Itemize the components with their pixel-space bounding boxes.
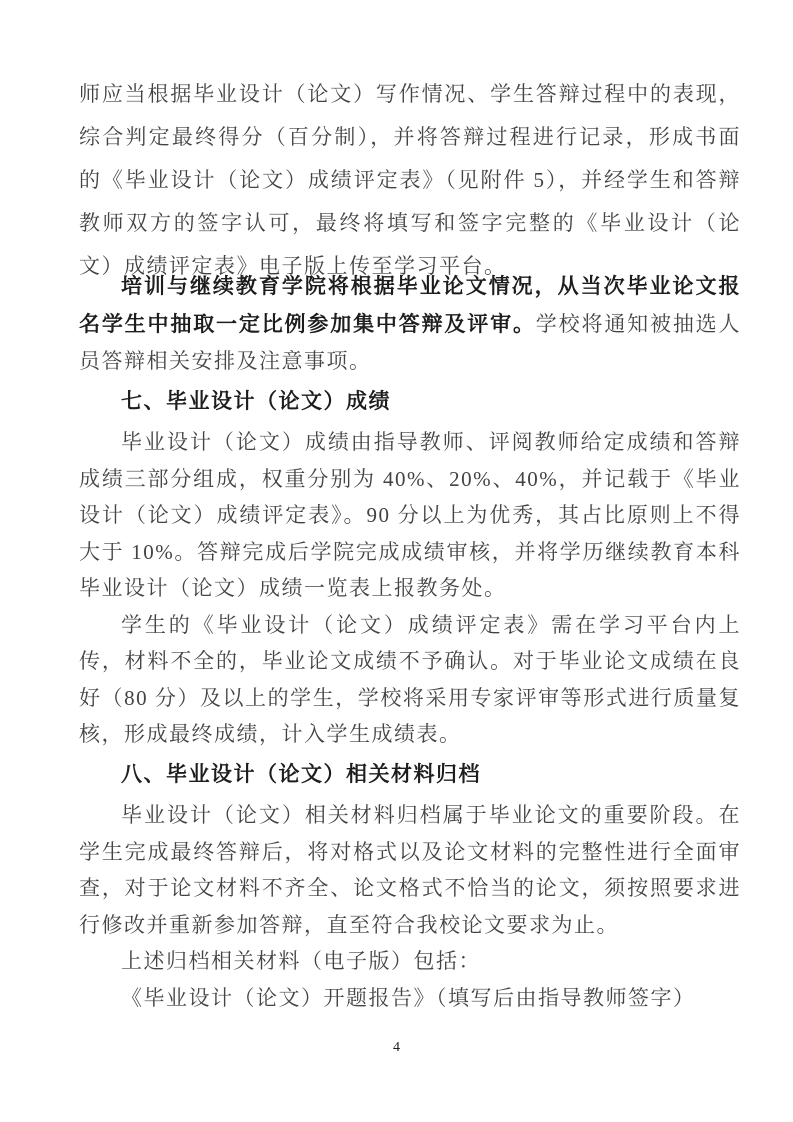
paragraph-archive-item-proposal-report: 《毕业设计（论文）开题报告》（填写后由指导教师签字） [79, 980, 741, 1017]
paragraph-archiving-requirements: 毕业设计（论文）相关材料归档属于毕业论文的重要阶段。在学生完成最终答辩后，将对格… [79, 797, 741, 943]
section-heading-7-thesis-grade: 七、毕业设计（论文）成绩 [79, 384, 741, 421]
paragraph-grade-upload-review: 学生的《毕业设计（论文）成绩评定表》需在学习平台内上传，材料不全的，毕业论文成绩… [79, 607, 741, 753]
document-page: 师应当根据毕业设计（论文）写作情况、学生答辩过程中的表现，综合判定最终得分（百分… [0, 0, 793, 1122]
section-heading-8-material-archiving: 八、毕业设计（论文）相关材料归档 [79, 757, 741, 794]
paragraph-grading-procedure: 师应当根据毕业设计（论文）写作情况、学生答辩过程中的表现，综合判定最终得分（百分… [79, 73, 741, 288]
paragraph-sampling-review: 培训与继续教育学院将根据毕业论文情况，从当次毕业论文报名学生中抽取一定比例参加集… [79, 268, 741, 380]
page-content: 师应当根据毕业设计（论文）写作情况、学生答辩过程中的表现，综合判定最终得分（百分… [79, 73, 741, 1016]
page-number: 4 [0, 1040, 793, 1056]
paragraph-grade-composition: 毕业设计（论文）成绩由指导教师、评阅教师给定成绩和答辩成绩三部分组成，权重分别为… [79, 424, 741, 607]
paragraph-archive-materials-intro: 上述归档相关材料（电子版）包括： [79, 943, 741, 980]
